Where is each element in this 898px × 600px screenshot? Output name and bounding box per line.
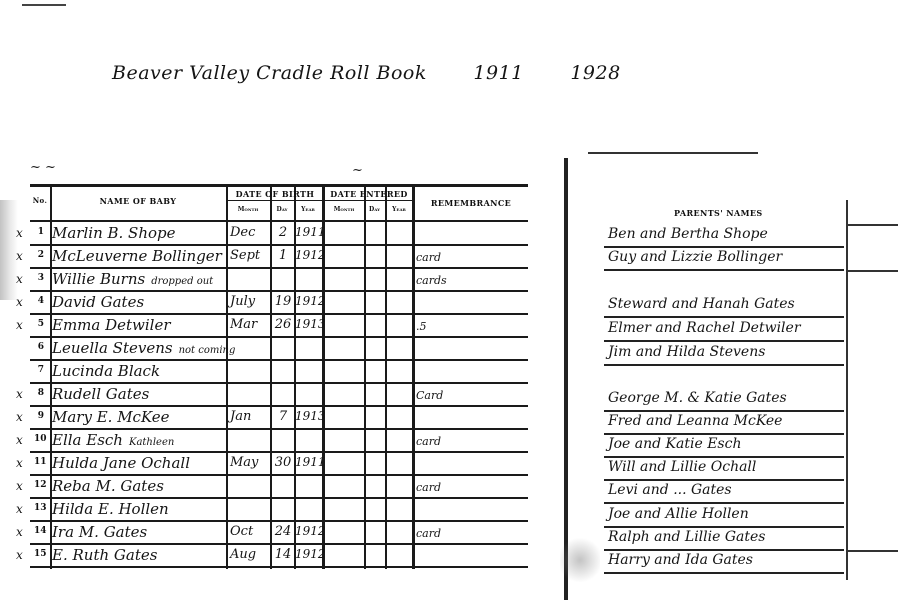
row-number: 12 <box>34 480 44 490</box>
parents-row <box>604 270 844 292</box>
parents-row: Joe and Allie Hollen <box>604 504 844 528</box>
header-entered-day: Day <box>364 206 385 213</box>
document-title: Beaver Valley Cradle Roll Book 1911 1928 <box>112 62 621 84</box>
header-date-of-birth: DATE OF BIRTH <box>226 189 324 199</box>
header-parents-names: PARENTS' NAMES <box>674 208 763 218</box>
baby-name: Leuella Stevensnot coming <box>52 339 235 357</box>
birth-month: Dec <box>230 225 268 240</box>
birth-year: 1911 <box>295 225 325 239</box>
page-binding <box>564 158 568 600</box>
parents-row: Guy and Lizzie Bollinger <box>604 247 844 271</box>
baby-name: Lucinda Black <box>52 362 166 380</box>
baby-name: Mary E. McKee <box>52 408 176 426</box>
row-number: 14 <box>34 526 44 536</box>
parents-name: George M. & Katie Gates <box>608 390 787 406</box>
birth-day: 14 <box>272 547 294 562</box>
baby-name: David Gates <box>52 293 150 311</box>
start-year: 1911 <box>473 62 523 84</box>
baby-name-text: Willie Burns <box>52 270 145 288</box>
parents-name: Steward and Hanah Gates <box>608 296 795 312</box>
baby-name: Rudell Gates <box>52 385 155 403</box>
table-row: x4David GatesJuly191912 <box>30 291 528 314</box>
row-number: 8 <box>34 388 44 398</box>
table-row: x12Reba M. Gatescard <box>30 475 528 498</box>
parents-name: Fred and Leanna McKee <box>608 413 782 429</box>
parents-name: Elmer and Rachel Detwiler <box>608 320 801 336</box>
scan-mark <box>22 4 66 6</box>
table-row: x8Rudell GatesCard <box>30 383 528 406</box>
baby-name: Emma Detwiler <box>52 316 177 334</box>
remembrance: Card <box>416 389 443 402</box>
check-mark: x <box>16 272 23 286</box>
baby-name: McLeuverne Bollinger <box>52 247 228 265</box>
birth-month: Aug <box>230 547 268 562</box>
table-row: 6Leuella Stevensnot coming <box>30 337 528 360</box>
table-row: x1Marlin B. ShopeDec21911 <box>30 222 528 245</box>
table-row: x13Hilda E. Hollen <box>30 498 528 521</box>
birth-day: 2 <box>272 225 294 240</box>
row-number: 3 <box>34 273 44 283</box>
parents-name: Ben and Bertha Shope <box>608 226 768 242</box>
baby-name: Ira M. Gates <box>52 523 153 541</box>
row-number: 13 <box>34 503 44 513</box>
birth-month: Jan <box>230 409 268 424</box>
header-no: No. <box>30 196 50 205</box>
check-mark: x <box>16 548 23 562</box>
baby-name: Willie Burnsdropped out <box>52 270 213 288</box>
check-mark: x <box>16 249 23 263</box>
birth-day: 24 <box>272 524 294 539</box>
baby-name-text: Ira M. Gates <box>52 523 147 541</box>
baby-name-text: Marlin B. Shope <box>52 224 176 242</box>
header-date-entered: DATE ENTERED <box>324 189 414 199</box>
parents-row: Elmer and Rachel Detwiler <box>604 318 844 342</box>
parents-row: Ralph and Lillie Gates <box>604 527 844 551</box>
parents-name: Guy and Lizzie Bollinger <box>608 249 782 265</box>
header-entered-year: Year <box>385 206 413 213</box>
remembrance: card <box>416 251 441 264</box>
birth-day: 7 <box>272 409 294 424</box>
header-birth-year: Year <box>294 206 322 213</box>
header-entered-month: Month <box>324 206 364 213</box>
parents-row <box>604 366 844 388</box>
baby-name: Marlin B. Shope <box>52 224 182 242</box>
check-mark: x <box>16 525 23 539</box>
check-mark: x <box>16 479 23 493</box>
remembrance: .5 <box>416 320 427 333</box>
table-row: x5Emma DetwilerMar261913.5 <box>30 314 528 337</box>
table-row: x3Willie Burnsdropped outcards <box>30 268 528 291</box>
header-birth-month: Month <box>226 206 270 213</box>
table-row: x15E. Ruth GatesAug141912 <box>30 544 528 567</box>
table-row: x9Mary E. McKeeJan71913 <box>30 406 528 429</box>
birth-year: 1912 <box>295 547 325 561</box>
parents-name: Joe and Katie Esch <box>608 436 741 452</box>
parents-row: Jim and Hilda Stevens <box>604 342 844 366</box>
parents-name: Levi and ... Gates <box>608 482 732 498</box>
check-mark: x <box>16 387 23 401</box>
birth-day: 1 <box>272 248 294 263</box>
parents-name: Joe and Allie Hollen <box>608 506 749 522</box>
check-mark: x <box>16 226 23 240</box>
parents-name: Will and Lillie Ochall <box>608 459 756 475</box>
baby-name-text: Reba M. Gates <box>52 477 164 495</box>
row-number: 9 <box>34 411 44 421</box>
birth-year: 1912 <box>295 248 325 262</box>
baby-name-text: Hilda E. Hollen <box>52 500 169 518</box>
remembrance: card <box>416 435 441 448</box>
parents-row: George M. & Katie Gates <box>604 388 844 412</box>
parents-row: Steward and Hanah Gates <box>604 294 844 318</box>
header-remembrance: REMEMBRANCE <box>414 198 528 208</box>
birth-year: 1911 <box>295 455 325 469</box>
baby-name: E. Ruth Gates <box>52 546 163 564</box>
row-number: 2 <box>34 250 44 260</box>
baby-name-text: David Gates <box>52 293 144 311</box>
title-text: Beaver Valley Cradle Roll Book <box>112 62 427 84</box>
birth-day: 26 <box>272 317 294 332</box>
header-name-of-baby: NAME OF BABY <box>50 196 226 206</box>
baby-note: dropped out <box>151 276 213 287</box>
birth-month: May <box>230 455 268 470</box>
row-number: 11 <box>34 457 44 467</box>
scan-speckle <box>560 535 600 585</box>
parents-name: Harry and Ida Gates <box>608 552 753 568</box>
baby-name-text: Hulda Jane Ochall <box>52 454 190 472</box>
parents-row: Fred and Leanna McKee <box>604 411 844 435</box>
row-number: 6 <box>34 342 44 352</box>
check-mark: x <box>16 295 23 309</box>
table-row: x2McLeuverne BollingerSept11912card <box>30 245 528 268</box>
check-mark: x <box>16 410 23 424</box>
remembrance: card <box>416 527 441 540</box>
parents-row: Will and Lillie Ochall <box>604 457 844 481</box>
check-mark: x <box>16 456 23 470</box>
table-row: 7Lucinda Black <box>30 360 528 383</box>
birth-month: Sept <box>230 248 268 263</box>
row-number: 7 <box>34 365 44 375</box>
baby-note: not coming <box>179 345 236 356</box>
baby-register-table: No. NAME OF BABY DATE OF BIRTH DATE ENTE… <box>30 184 528 569</box>
pen-mark: ~ <box>352 163 363 178</box>
birth-day: 19 <box>272 294 294 309</box>
row-number: 5 <box>34 319 44 329</box>
check-mark: x <box>16 433 23 447</box>
parents-name: Jim and Hilda Stevens <box>608 344 765 360</box>
parents-names-table: PARENTS' NAMES Ben and Bertha ShopeGuy a… <box>604 190 898 580</box>
baby-name: Reba M. Gates <box>52 477 170 495</box>
birth-month: Mar <box>230 317 268 332</box>
page-rule <box>588 152 758 154</box>
parents-row: Harry and Ida Gates <box>604 550 844 574</box>
baby-name: Ella EschKathleen <box>52 431 174 449</box>
check-mark: x <box>16 502 23 516</box>
birth-year: 1912 <box>295 524 325 538</box>
parents-row: Joe and Katie Esch <box>604 434 844 458</box>
row-number: 4 <box>34 296 44 306</box>
baby-note: Kathleen <box>129 437 174 448</box>
row-number: 15 <box>34 549 44 559</box>
baby-name: Hilda E. Hollen <box>52 500 175 518</box>
check-mark: x <box>16 318 23 332</box>
baby-name-text: Leuella Stevens <box>52 339 173 357</box>
baby-name-text: Rudell Gates <box>52 385 149 403</box>
table-row: x14Ira M. GatesOct241912card <box>30 521 528 544</box>
birth-month: Oct <box>230 524 268 539</box>
baby-name-text: E. Ruth Gates <box>52 546 157 564</box>
baby-name-text: McLeuverne Bollinger <box>52 247 222 265</box>
parents-row: Ben and Bertha Shope <box>604 224 844 248</box>
birth-day: 30 <box>272 455 294 470</box>
table-row: x10Ella EschKathleencard <box>30 429 528 452</box>
remembrance: card <box>416 481 441 494</box>
row-number: 10 <box>34 434 44 444</box>
remembrance: cards <box>416 274 447 287</box>
birth-year: 1913 <box>295 317 325 331</box>
baby-name-text: Ella Esch <box>52 431 123 449</box>
table-row: x11Hulda Jane OchallMay301911 <box>30 452 528 475</box>
parents-row: Levi and ... Gates <box>604 480 844 504</box>
header-birth-day: Day <box>270 206 294 213</box>
baby-name-text: Emma Detwiler <box>52 316 171 334</box>
birth-year: 1912 <box>295 294 325 308</box>
pen-mark: ~ ~ <box>30 160 56 175</box>
row-number: 1 <box>34 227 44 237</box>
parents-name: Ralph and Lillie Gates <box>608 529 765 545</box>
baby-name-text: Mary E. McKee <box>52 408 170 426</box>
baby-name: Hulda Jane Ochall <box>52 454 196 472</box>
birth-year: 1913 <box>295 409 325 423</box>
birth-month: July <box>230 294 268 309</box>
end-year: 1928 <box>570 62 620 84</box>
baby-name-text: Lucinda Black <box>52 362 160 380</box>
